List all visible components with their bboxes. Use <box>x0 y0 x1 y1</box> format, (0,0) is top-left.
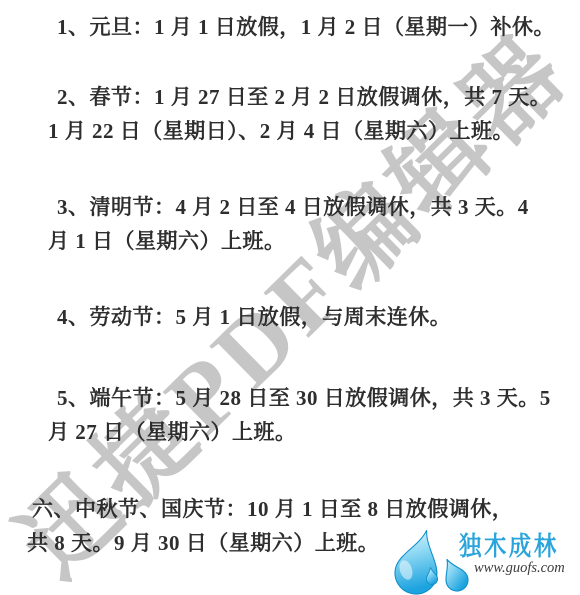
text-line: 共 8 天。9 月 30 日（星期六）上班。 <box>27 526 513 560</box>
text-line: 月 1 日（星期六）上班。 <box>48 224 529 258</box>
holiday-item-dragon-boat: 5、端午节：5 月 28 日至 30 日放假调休，共 3 天。5 月 27 日（… <box>48 381 551 449</box>
holiday-item-labor-day: 4、劳动节：5 月 1 日放假，与周末连休。 <box>48 300 451 334</box>
holiday-item-new-year: 1、元旦：1 月 1 日放假，1 月 2 日（星期一）补休。 <box>48 10 555 44</box>
text-line: 2、春节：1 月 27 日至 2 月 2 日放假调休，共 7 天。 <box>48 80 551 114</box>
text-line: 1、元旦：1 月 1 日放假，1 月 2 日（星期一）补休。 <box>48 10 555 44</box>
text-line: 3、清明节：4 月 2 日至 4 日放假调休，共 3 天。4 <box>48 190 529 224</box>
text-line: 六、中秋节、国庆节：10 月 1 日至 8 日放假调休， <box>27 492 513 526</box>
holiday-item-midautumn-national-day: 六、中秋节、国庆节：10 月 1 日至 8 日放假调休， 共 8 天。9 月 3… <box>27 492 513 560</box>
document-page: 迅捷PDF编辑器 1、元旦：1 月 1 日放假，1 月 2 日（星期一）补休。 … <box>0 0 580 595</box>
text-line: 1 月 22 日（星期日）、2 月 4 日（星期六）上班。 <box>48 114 551 148</box>
holiday-item-qingming: 3、清明节：4 月 2 日至 4 日放假调休，共 3 天。4 月 1 日（星期六… <box>48 190 529 258</box>
text-line: 月 27 日（星期六）上班。 <box>48 415 551 449</box>
text-line: 5、端午节：5 月 28 日至 30 日放假调休，共 3 天。5 <box>48 381 551 415</box>
holiday-item-spring-festival: 2、春节：1 月 27 日至 2 月 2 日放假调休，共 7 天。 1 月 22… <box>48 80 551 148</box>
logo-website-url: www.guofs.com <box>474 560 565 577</box>
text-line: 4、劳动节：5 月 1 日放假，与周末连休。 <box>48 300 451 334</box>
